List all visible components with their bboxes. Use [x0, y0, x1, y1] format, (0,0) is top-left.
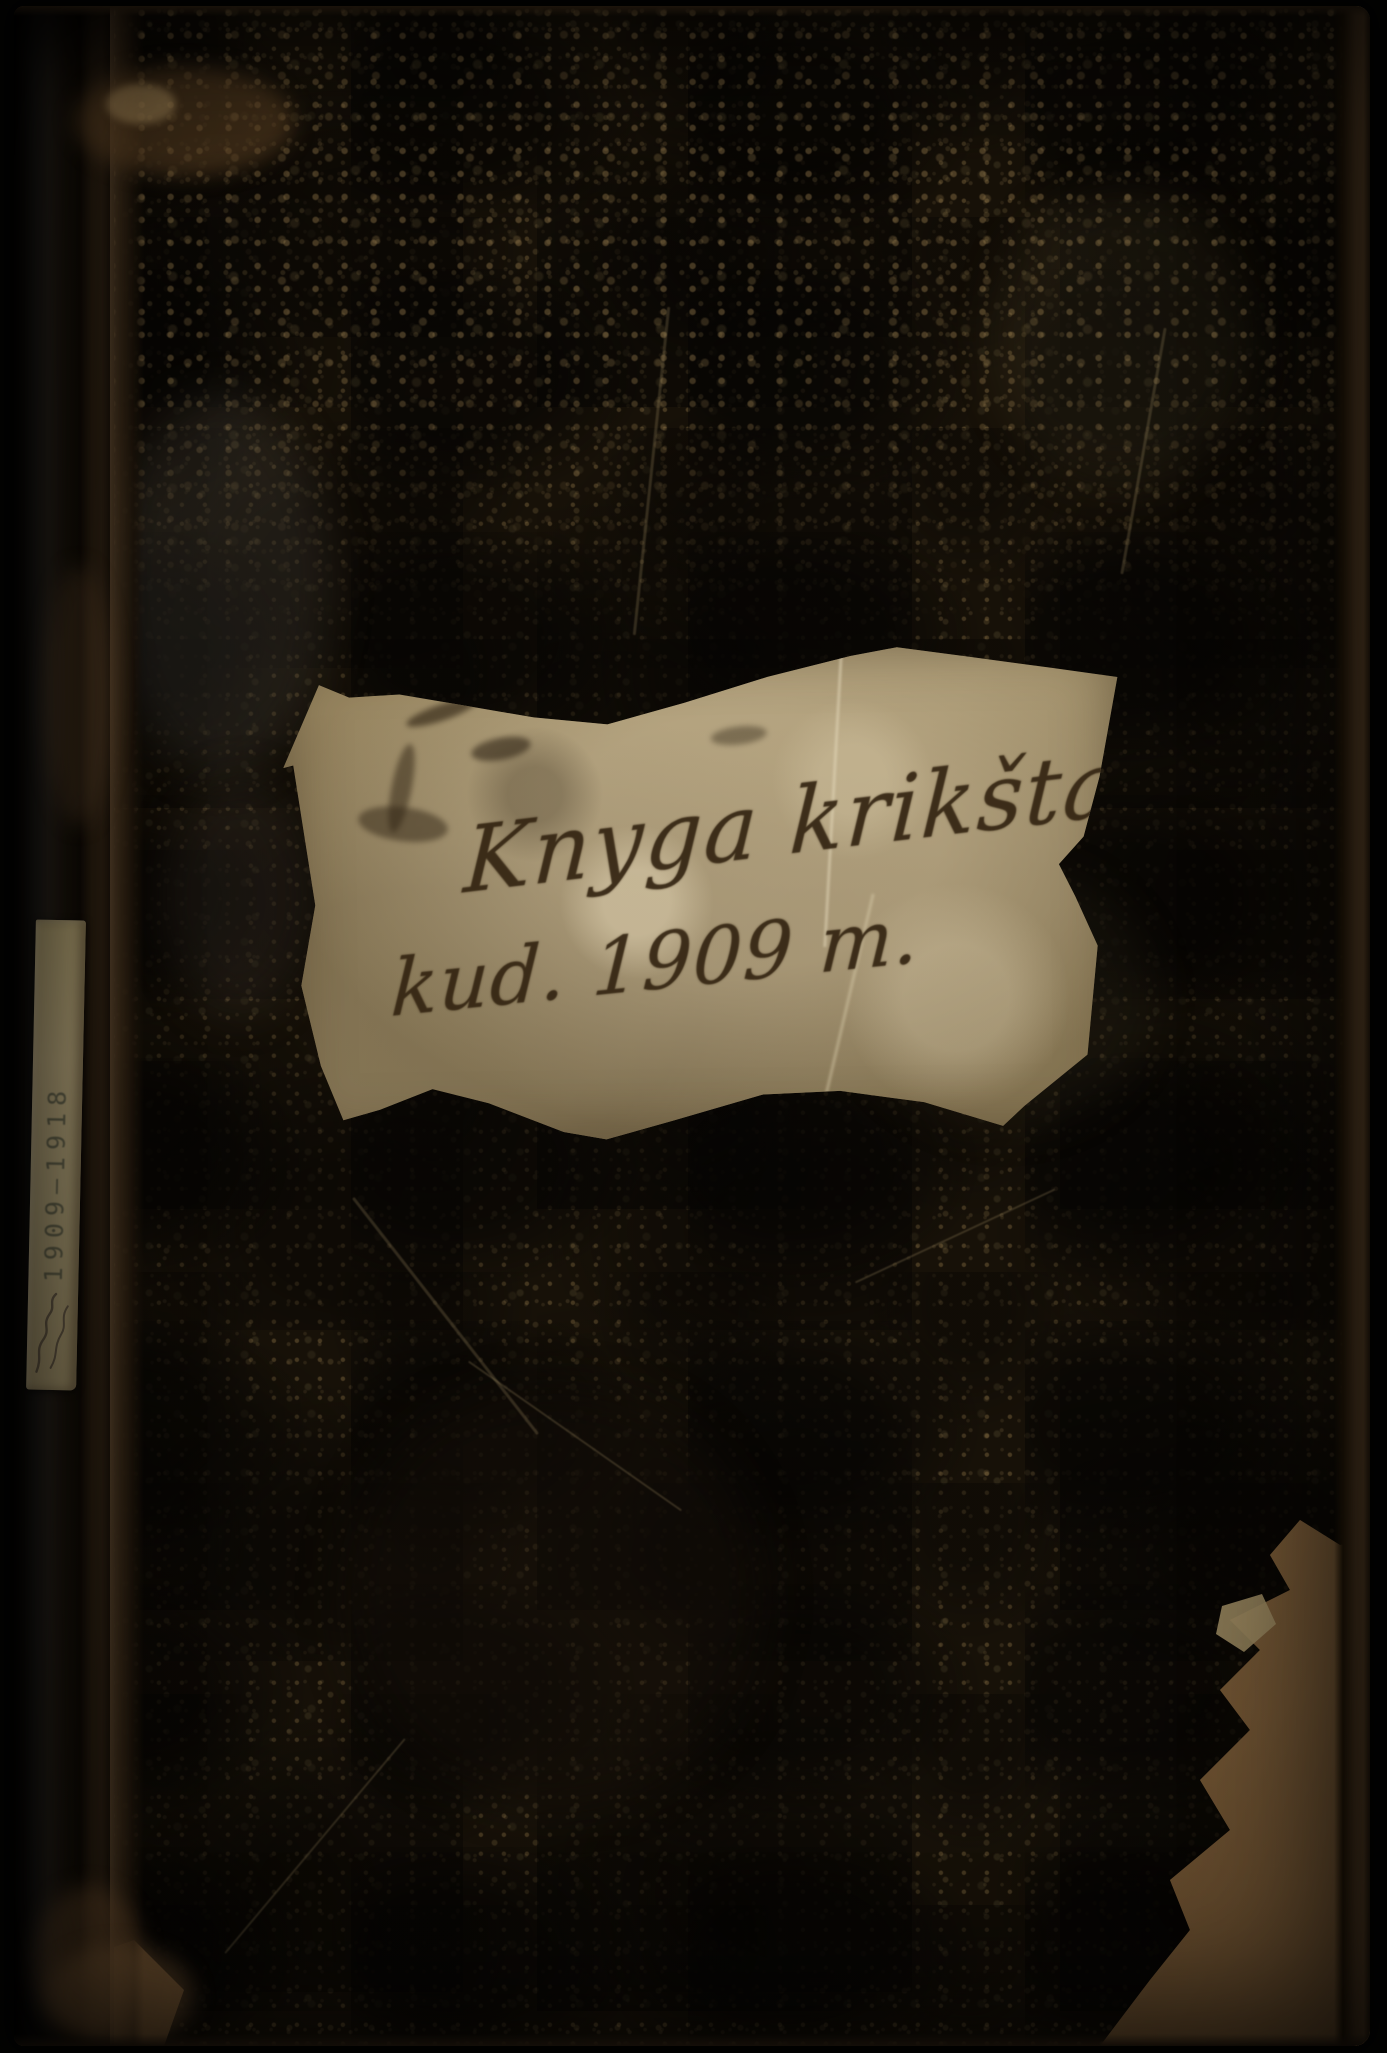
- vignette-shadow: [14, 6, 1370, 2046]
- book-cover: 1909—1918 Knyga krikšta kud. 1909 m.: [14, 6, 1370, 2046]
- scan-background: 1909—1918 Knyga krikšta kud. 1909 m.: [0, 0, 1387, 2053]
